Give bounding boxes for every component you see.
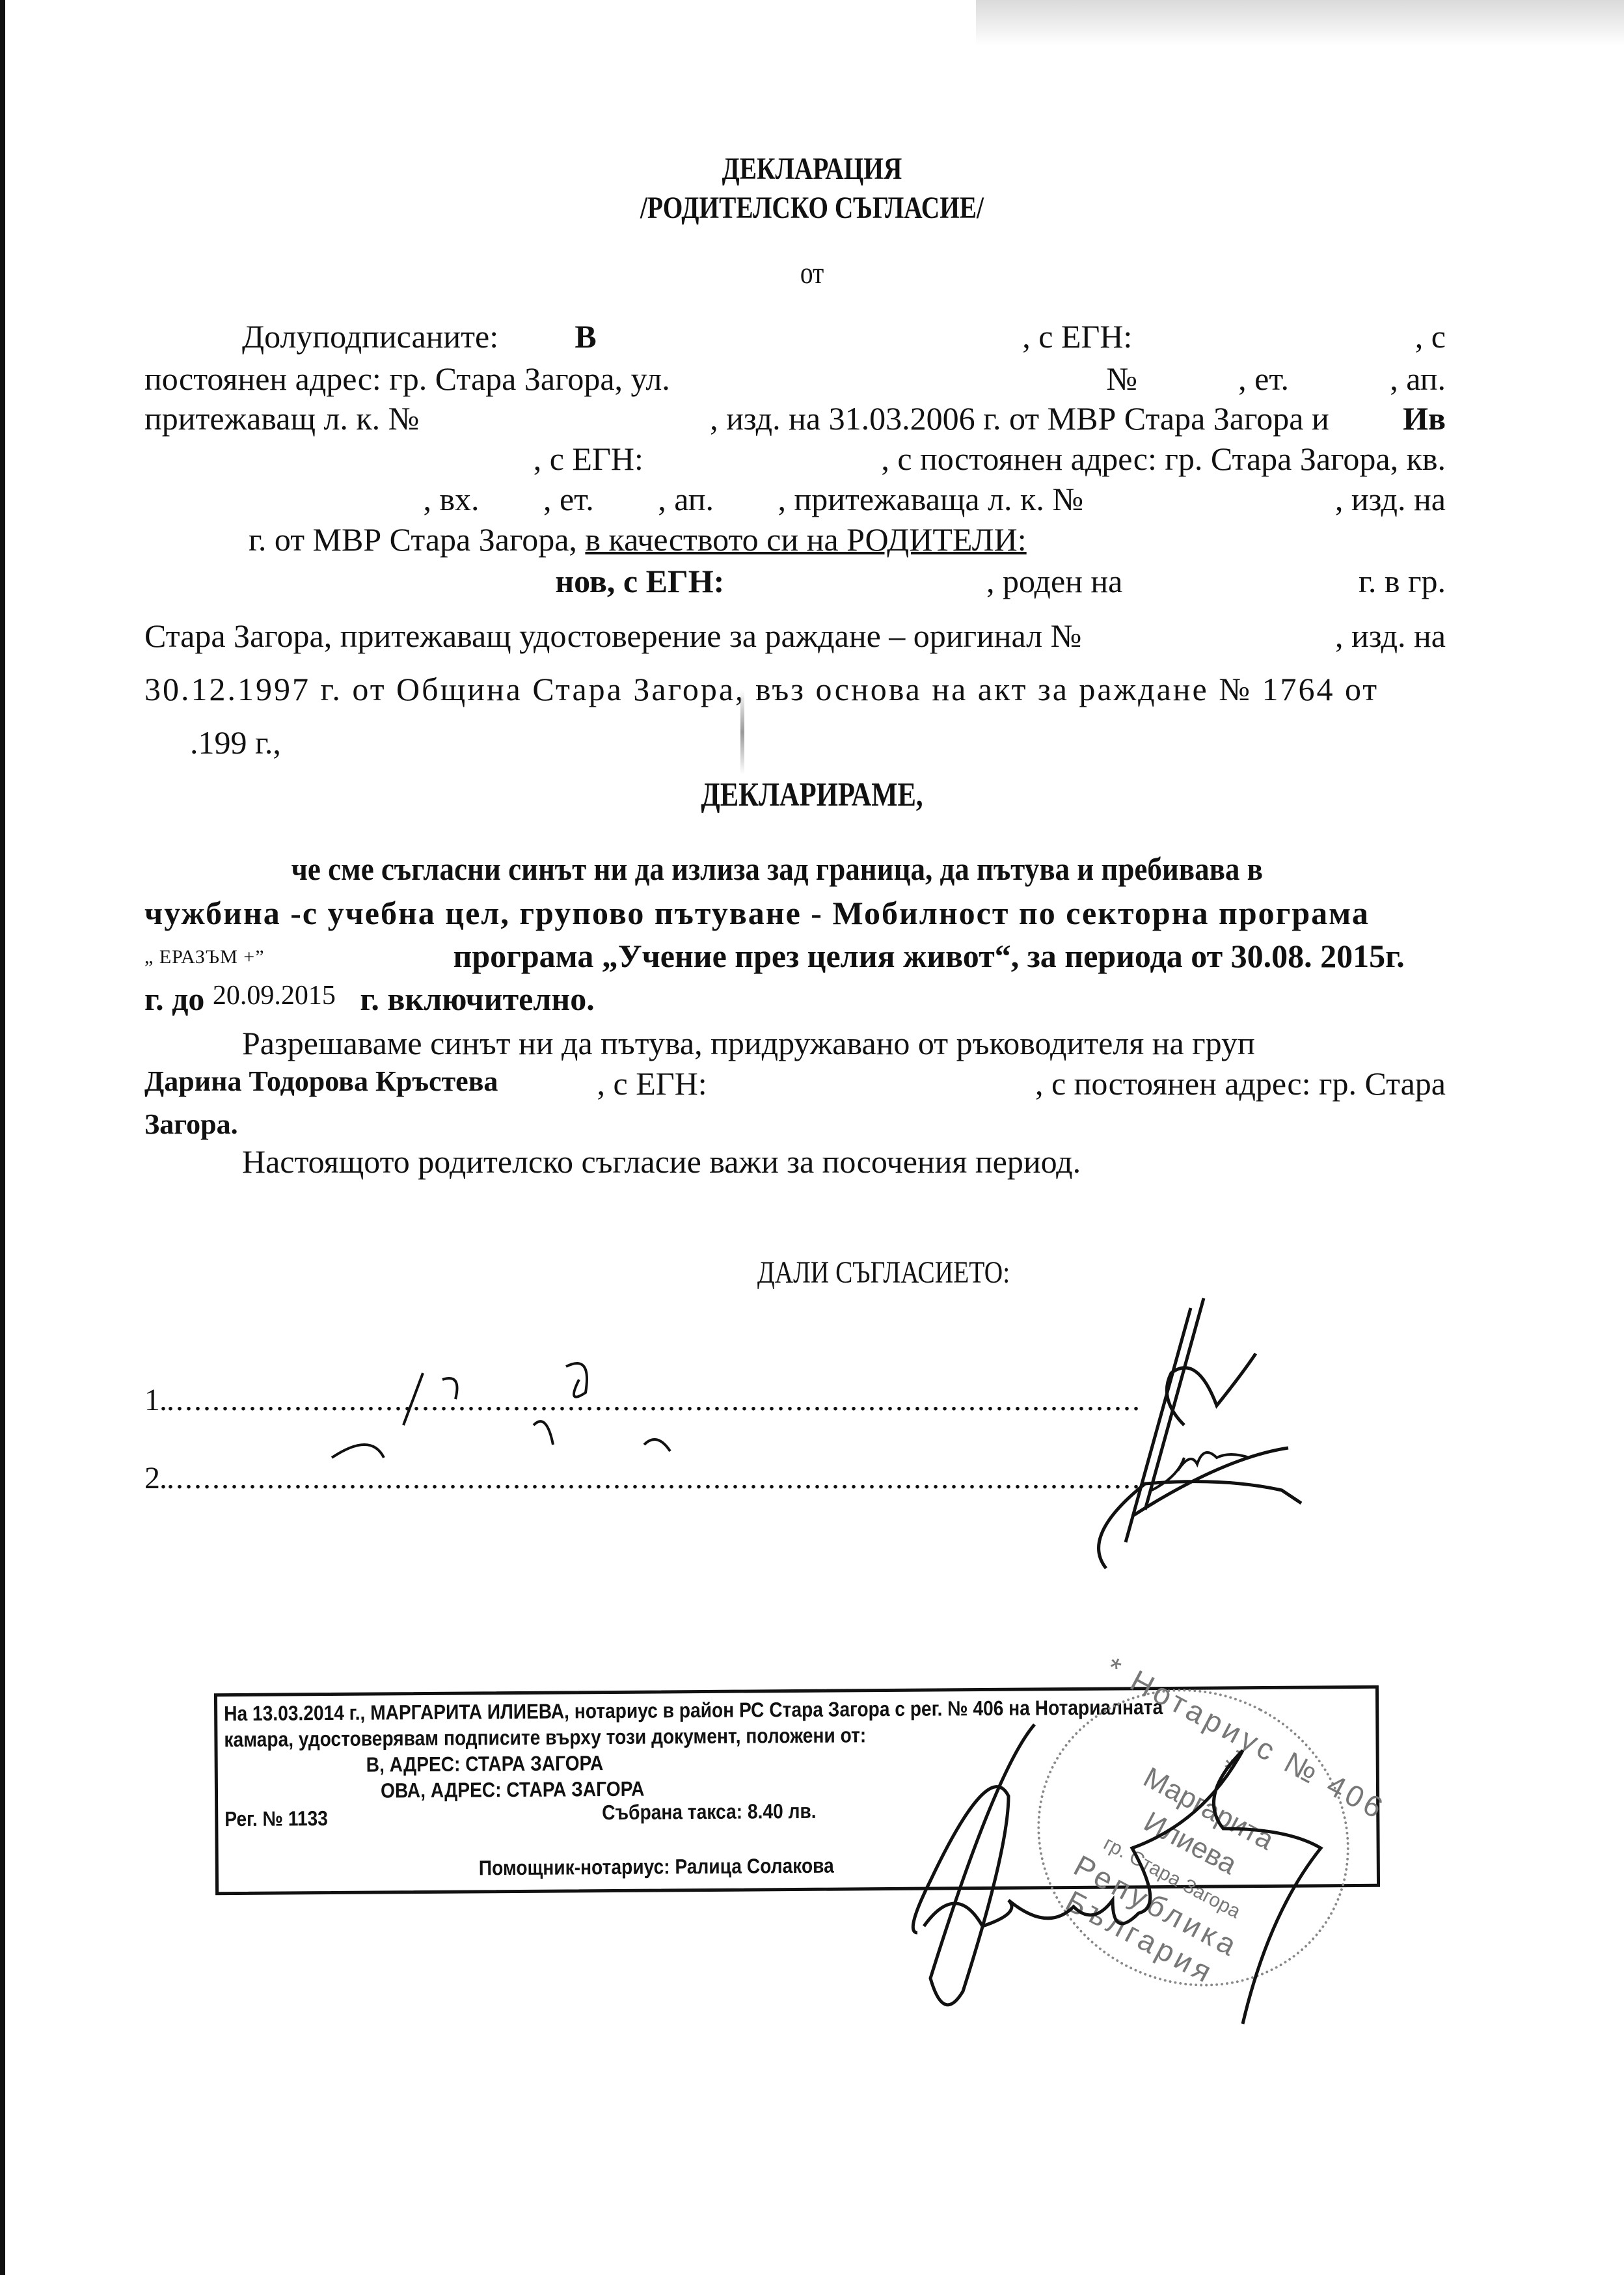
document-subtitle: /РОДИТЕЛСКО СЪГЛАСИЕ/ (146, 190, 1478, 226)
intro-line-4: , с ЕГН: , с постоянен адрес: гр. Стара … (144, 440, 1446, 478)
parent2-initial: Ив (1403, 400, 1446, 437)
until-label: г. до (144, 980, 204, 1018)
redacted-child-egn (784, 562, 927, 600)
leader-address: , с постоянен адрес: гр. Стара (1035, 1065, 1446, 1102)
redacted-name-2 (144, 440, 470, 478)
period-end-date: 20.09.2015 (213, 980, 336, 1018)
permission-line-3: Загора. (144, 1108, 1446, 1141)
scan-shadow (976, 0, 1624, 46)
parent-signatures-icon (1093, 1295, 1353, 1575)
redacted-street (771, 360, 1005, 398)
notary-signer-1: В, АДРЕС: СТАРА ЗАГОРА (366, 1751, 604, 1777)
leader-egn-label: , с ЕГН: (597, 1065, 707, 1102)
body-line-4: г. до 20.09.2015 г. включително. (144, 980, 1446, 1018)
issued-label: , изд. на (1335, 480, 1446, 518)
issued-label-3: , изд. на (1335, 617, 1446, 655)
redacted-name (673, 318, 946, 355)
intro-tail: , с (1415, 318, 1446, 355)
signatory-number: 2. (144, 1461, 167, 1495)
redacted-id (493, 400, 636, 437)
redacted-cert-no (1169, 617, 1247, 655)
child-line-2: Стара Загора, притежаващ удостоверение з… (144, 617, 1446, 655)
permission-line-1: Разрешаваме синът ни да пътува, придружа… (144, 1024, 1446, 1062)
id-issued-text: , изд. на 31.03.2006 г. от МВР Стара Заг… (710, 400, 1329, 437)
redacted-birth-date (1182, 562, 1299, 600)
born-label: , роден на (986, 562, 1122, 600)
consent-text-2: чужбина -с учебна цел, групово пътуване … (144, 894, 1370, 932)
validity-text: Настоящото родителско съгласие важи за п… (144, 1143, 1081, 1180)
lifelong-program: програма „Учение през целия живот“, (453, 937, 1020, 975)
notary-signature-icon (878, 1718, 1464, 2017)
redacted-egn-2 (707, 440, 818, 478)
intro-line-1: Долуподписаните: В , с ЕГН: , с (144, 318, 1446, 355)
act-date-text: .199 г., (190, 724, 281, 761)
redacted-id-2 (1147, 480, 1271, 518)
redacted-date (144, 521, 249, 558)
handwritten-names-icon (228, 1354, 1008, 1471)
redacted-child-name (144, 562, 496, 600)
redacted-act-date (144, 724, 190, 761)
mvr-text: г. от МВР Стара Загора, (249, 521, 577, 558)
child-egn-label: нов, с ЕГН: (555, 562, 724, 600)
child-line-1: нов, с ЕГН: , роден на г. в гр. (144, 562, 1446, 600)
entrance-label: , вх. (423, 480, 479, 518)
redacted-leader-egn (806, 1065, 936, 1102)
apt-label-2: , ап. (658, 480, 714, 518)
from-label: от (146, 255, 1478, 291)
no-label: № (1106, 360, 1137, 398)
intro-line-5: , вх. , ет. , ап. , притежаваща л. к. № … (144, 480, 1446, 518)
erasmus-label: „ ЕРАЗЪМ +” (144, 946, 265, 975)
notary-line-2: камара, удостоверявам подписите върху то… (224, 1723, 866, 1752)
id-card-label-2: , притежаваща л. к. № (778, 480, 1083, 518)
permission-text: Разрешаваме синът ни да пътува, придружа… (144, 1024, 1255, 1062)
body-line-3: „ ЕРАЗЪМ +” програма „Учение през целия … (144, 937, 1446, 975)
redacted-egn (1209, 318, 1339, 355)
assistant-notary: Помощник-нотариус: Ралица Солакова (479, 1854, 834, 1881)
collected-fee: Събрана такса: 8.40 лв. (602, 1799, 817, 1825)
birth-cert-text: Стара Загора, притежаващ удостоверение з… (144, 617, 1081, 655)
parents-capacity: в качеството си на РОДИТЕЛИ: (585, 521, 1026, 558)
group-leader-name: Дарина Тодорова Кръстева (144, 1065, 498, 1102)
egn-label: , с ЕГН: (1022, 318, 1132, 355)
redacted-quarter (144, 480, 359, 518)
undersigned-label: Долуподписаните: (144, 318, 498, 355)
scan-edge (0, 0, 5, 2275)
egn-label-2: , с ЕГН: (534, 440, 643, 478)
id-card-label: притежаващ л. к. № (144, 400, 419, 437)
consent-text-1: че сме съгласни синът ни да излиза зад г… (203, 850, 1262, 888)
child-line-4: .199 г., (144, 724, 1446, 761)
child-line-3: 30.12.1997 г. от Община Стара Загора, въ… (144, 670, 1446, 708)
body-line-1: че сме съгласни синът ни да излиза зад г… (144, 850, 1446, 888)
document-title: ДЕКЛАРАЦИЯ (146, 151, 1478, 187)
floor-label: , ет. (1238, 360, 1289, 398)
apt-label: , ап. (1390, 360, 1446, 398)
leader-city: Загора. (144, 1108, 238, 1141)
address-text: постоянен адрес: гр. Стара Загора, ул. (144, 360, 670, 398)
permission-line-2: Дарина Тодорова Кръстева , с ЕГН: , с по… (144, 1065, 1446, 1102)
intro-line-3: притежаващ л. к. № , изд. на 31.03.2006 … (144, 400, 1446, 437)
parent1-name-initial: В (575, 318, 596, 355)
consent-heading: ДАЛИ СЪГЛАСИЕТО: (218, 1255, 1550, 1290)
intro-line-2: постоянен адрес: гр. Стара Загора, ул. №… (144, 360, 1446, 398)
inclusive-label: г. включително. (360, 980, 594, 1018)
address-text-2: , с постоянен адрес: гр. Стара Загора, к… (881, 440, 1446, 478)
signatory-number: 1. (144, 1383, 167, 1417)
body-line-2: чужбина -с учебна цел, групово пътуване … (144, 894, 1446, 932)
intro-line-6: г. от МВР Стара Загора, в качеството си … (144, 521, 1446, 558)
declare-heading: ДЕКЛАРИРАМЕ, (146, 776, 1478, 814)
birth-act-text: 30.12.1997 г. от Община Стара Загора, въ… (144, 670, 1379, 708)
notary-signer-2: ОВА, АДРЕС: СТАРА ЗАГОРА (381, 1777, 645, 1803)
registration-number: Рег. № 1133 (224, 1806, 328, 1831)
spacer (265, 937, 453, 975)
validity-line: Настоящото родителско съгласие важи за п… (144, 1143, 1446, 1180)
period-start: за периода от 30.08. 2015г. (1027, 937, 1405, 975)
floor-label-2: , ет. (543, 480, 594, 518)
city-label: г. в гр. (1359, 562, 1446, 600)
